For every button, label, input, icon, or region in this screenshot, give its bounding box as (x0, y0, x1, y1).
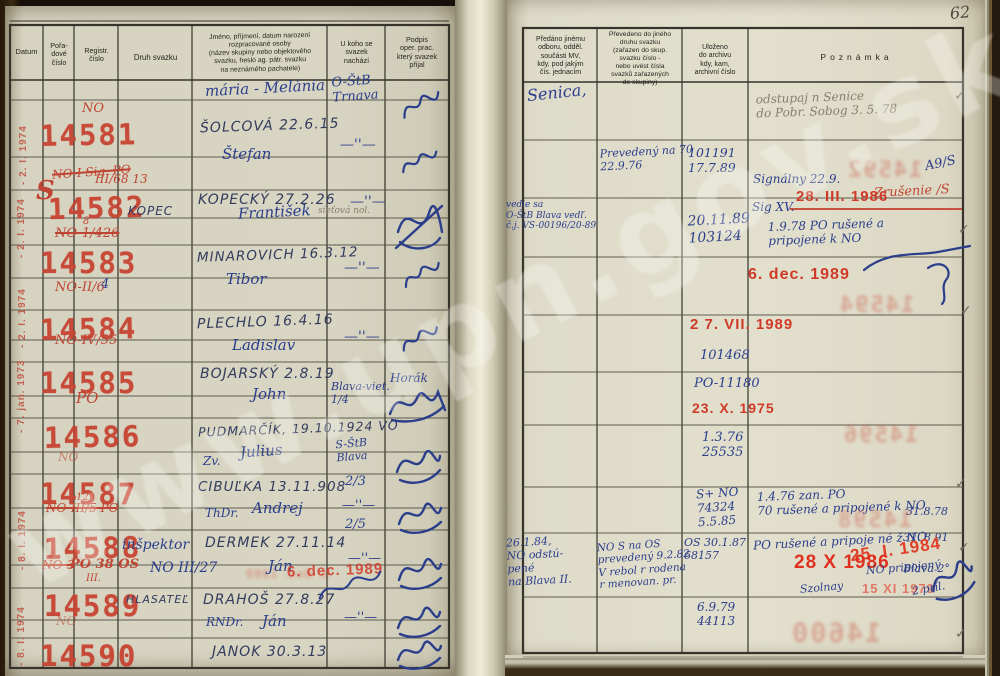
entry-given-name: Ján (262, 613, 287, 631)
reg-note: NO (56, 614, 76, 628)
cell-os-30-1-87: OS 30.1.87 68157 (684, 537, 746, 563)
entry-title: Zv. (203, 454, 221, 468)
col-header-poznamka: Poznámka (750, 52, 963, 62)
note-sig-xv: Sig XV. (752, 200, 794, 214)
col-header-podpis: Podpis oper. prac. který svazek přijal (386, 36, 448, 70)
col-header-predano: Předáno jinému odboru, odděl. součásti M… (524, 36, 597, 77)
signature-scribble (392, 192, 446, 258)
reg-note: NO-IV/55 (55, 333, 117, 348)
reg-note: NO-II/6 (55, 280, 105, 295)
entry-given-name: Štefan (222, 146, 271, 164)
date-stamp-6-dec-1989: 6. dec. 1989 (748, 266, 850, 285)
signature-scribble (392, 436, 444, 486)
date-stamp-27-vii-1989: 2 7. VII. 1989 (690, 316, 793, 334)
reg-note: III/68 13 (95, 172, 148, 186)
reg-note-struck: NO-III/5 PO (46, 501, 118, 515)
cell-odstupene: 26.1.84, NO odstú- pené na Blava II. (506, 534, 572, 589)
cell-44113: 6.9.79 44113 (697, 600, 735, 628)
entry-ukoho-number: 2/5 (345, 517, 366, 532)
cell-prevedeny: Prevedený na 70 22.9.76 (599, 144, 694, 175)
col-header-datum: Datum (10, 48, 43, 57)
signature-scribble (395, 492, 445, 536)
serial-stamp-14581: 14581 (40, 117, 138, 153)
col-header-druh-svazku: Druh svazku (119, 53, 192, 62)
ghost-serial-stamp: 14592 (846, 158, 922, 184)
cell-vedie-sa: vedie sa O-ŠtB Blava vedľ. č.j. VS-00196… (506, 200, 596, 232)
reg-note: PO 38 OS (70, 557, 139, 572)
reg-note: PO (76, 390, 98, 408)
date-stamp-margin: - 2. I. 1974 (18, 125, 30, 185)
date-stamp-margin: - 7. jan. 1973 (16, 360, 28, 433)
reg-note-blue: NO III/27 (150, 560, 217, 577)
entry-given-name: John (252, 386, 286, 404)
col-header-registr-cislo: Registr. číslo (75, 47, 118, 64)
red-underline (790, 208, 962, 210)
druh-svazku-hlasatel: HLASATEĽ (126, 594, 189, 607)
ghost-serial-stamp: 14598 (836, 508, 912, 534)
cell-103124: 20.11.89 103124 (687, 210, 751, 246)
entry-given-name: Tibor (226, 271, 267, 289)
entry-title: ThDr. (205, 506, 239, 520)
page-number: 62 (949, 3, 971, 24)
pencil-note: sieťová nol. (318, 206, 370, 217)
reg-note: III. (86, 573, 101, 585)
entry-ukoho: S-ŠtB Blava (335, 437, 369, 466)
checkmark: ✓ (958, 540, 970, 557)
ditto-mark: —''— (344, 610, 377, 625)
scanned-ledger-spread: Datum Pořa- dové číslo Registr. číslo Dr… (0, 0, 1000, 676)
ditto-mark: —''— (344, 260, 380, 277)
entry-ukoho: Blava-viet. 1/4 (331, 381, 390, 407)
cell-no-s-na-os: NO S na OS prevedený 9.2.82 V rebol r ro… (596, 536, 692, 592)
ghost-serial-stamp: 14600 (790, 618, 881, 650)
druh-svazku-kopec: KOPEC (128, 204, 173, 218)
ditto-mark: —''— (344, 329, 380, 346)
note-signalny: Signálny 22.9. (753, 172, 840, 186)
serial-stamp-14583: 14583 (40, 246, 137, 280)
checkmark: ✓ (958, 222, 970, 239)
reg-note: NO (82, 101, 104, 116)
entry-ukoho: O-ŠtB Trnava (331, 72, 379, 106)
checkmark: ✓ (954, 88, 966, 105)
note-date: 31.8.78 (906, 506, 948, 519)
col-header-poradove-cislo: Pořa- dové číslo (44, 42, 74, 67)
date-stamp-margin: - 2. I. 1974 (16, 198, 28, 258)
signature-scribble (393, 630, 445, 672)
col-header-jmeno: Jméno, příjmení, datum narození rozpraco… (194, 32, 327, 75)
entry-given-name: František (238, 202, 311, 223)
signature-scribble (921, 544, 982, 608)
cell-101468: 101468 (700, 348, 750, 363)
reg-note: NO (58, 450, 78, 464)
ditto-mark: —''— (342, 498, 375, 513)
date-stamp-margin: - 8. I. 1974 (17, 510, 29, 570)
cell-po-11180: PO-11180 (694, 376, 760, 391)
checkmark: ✓ (955, 476, 967, 493)
signature-scribble (386, 380, 448, 426)
reg-note-struck: NO-1/426 (55, 226, 119, 241)
cell-s-no: S+ NO 74324 5.5.85 (696, 485, 741, 530)
entry-given-name: Julius (239, 442, 283, 463)
col-header-ulozeno: Uloženo do archivu kdy, kam, archivní čí… (684, 44, 746, 77)
entry-name: CIBUĽKA 13.11.908 (198, 480, 346, 496)
entry-name: DERMEK 27.11.14 (205, 535, 346, 552)
ghost-serial-stamp: 14594 (838, 293, 914, 319)
cell-25535: 1.3.76 25535 (702, 430, 743, 461)
ghost-serial-stamp: 14596 (842, 423, 918, 449)
entry-given-name: Andrej (252, 500, 303, 518)
serial-stamp-14590: 14590 (40, 639, 137, 673)
checkmark: ✓ (955, 626, 967, 643)
ditto-mark: —''— (340, 137, 376, 154)
date-stamp-margin: - 8. I. 1974 (16, 606, 28, 666)
date-stamp-margin: - 2. I. 1974 (17, 288, 29, 348)
entry-name: JANOK 30.3.13 (212, 644, 327, 661)
druh-svazku-inspektor: inšpektor (122, 537, 189, 554)
col-header-u-koho: U koho se svazek nachází (328, 40, 385, 65)
entry-ukoho-number: 2/3 (345, 474, 366, 489)
entry-name: BOJARSKÝ 2.8.19 (200, 366, 335, 383)
checkmark: ✓ (960, 303, 972, 320)
cell-archiv-number: 101191 17.7.89 (688, 146, 736, 176)
signature-scribble (395, 546, 445, 592)
date-stamp-23-x-1975: 23. X. 1975 (692, 400, 775, 417)
entry-title: RNDr. (206, 615, 243, 629)
entry-given-name: Ladislav (232, 337, 295, 355)
pencil-note: odstupaj n Senice do Pobr. Sobog 3. 5. 7… (756, 88, 898, 121)
col-header-prevedeno: Převedeno do jiného druhu svazku (zařaze… (598, 31, 682, 87)
reg-note-blue: 4 (101, 277, 109, 292)
